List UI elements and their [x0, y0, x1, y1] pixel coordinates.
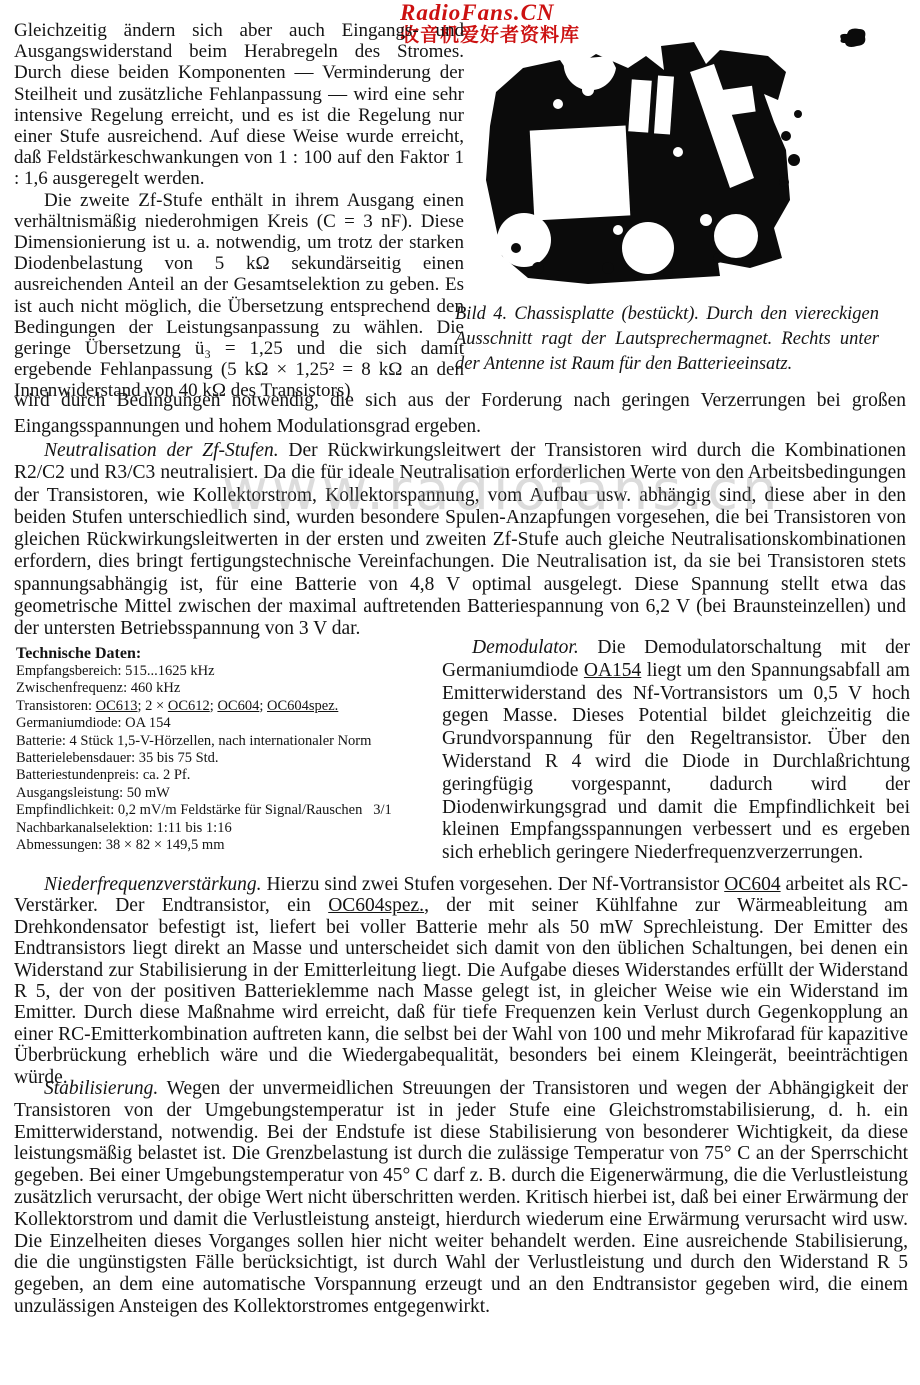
- tech-data-line-batterielebensdauer: Batterielebensdauer: 35 bis 75 Std.: [16, 750, 448, 767]
- ink-blob-mark: [838, 26, 868, 50]
- tech-data-heading: Technische Daten:: [16, 644, 448, 663]
- tech-data-line-zwischenfrequenz: Zwischenfrequenz: 460 kHz: [16, 680, 448, 697]
- chassis-photo-image: [468, 30, 808, 292]
- figure-caption: Bild 4. Chassisplatte (bestückt). Durch …: [455, 302, 879, 377]
- tech-data-line-abmessungen: Abmessungen: 38 × 82 × 149,5 mm: [16, 837, 448, 854]
- document-page: RadioFans.CN 收音机爱好者资料库 Gleichzeitig ände…: [0, 0, 920, 1385]
- bridge-paragraph: wird durch Bedingungen notwendig, die si…: [14, 388, 906, 440]
- tech-data-line-empfangsbereich: Empfangsbereich: 515...1625 kHz: [16, 663, 448, 680]
- tech-data-line-batterie: Batterie: 4 Stück 1,5-V-Hörzellen, nach …: [16, 733, 448, 750]
- neutralisation-paragraph: Neutralisation der Zf-Stufen. Der Rückwi…: [14, 440, 906, 641]
- tech-data-line-empfindlichkeit: Empfindlichkeit: 0,2 mV/m Feldstärke für…: [16, 802, 448, 819]
- demodulator-paragraph: Demodulator. Die Demodulatorschaltung mi…: [442, 637, 910, 865]
- nf-paragraph: Niederfrequenzverstärkung. Hierzu sind z…: [14, 874, 908, 1088]
- intro-paragraph-2: Die zweite Zf-Stufe enthält in ihrem Aus…: [14, 190, 464, 402]
- tech-data-line-germaniumdiode: Germaniumdiode: OA 154: [16, 715, 448, 732]
- chassis-photo-figure: [468, 30, 808, 292]
- tech-data-line-transistoren: Transistoren: OC613; 2 × OC612; OC604; O…: [16, 698, 448, 715]
- stabilisierung-paragraph: Stabilisierung. Wegen der unvermeidliche…: [14, 1078, 908, 1318]
- intro-column: Gleichzeitig ändern sich aber auch Einga…: [14, 20, 464, 402]
- intro-paragraph-1: Gleichzeitig ändern sich aber auch Einga…: [14, 20, 464, 190]
- tech-data-line-ausgangsleistung: Ausgangsleistung: 50 mW: [16, 785, 448, 802]
- tech-data-line-batteriestundenpreis: Batteriestundenpreis: ca. 2 Pf.: [16, 767, 448, 784]
- ink-blob-shape: [838, 26, 868, 50]
- tech-data-box: Technische Daten: Empfangsbereich: 515..…: [16, 644, 448, 854]
- tech-data-line-nachbarkanalselektion: Nachbarkanalselektion: 1:11 bis 1:16: [16, 820, 448, 837]
